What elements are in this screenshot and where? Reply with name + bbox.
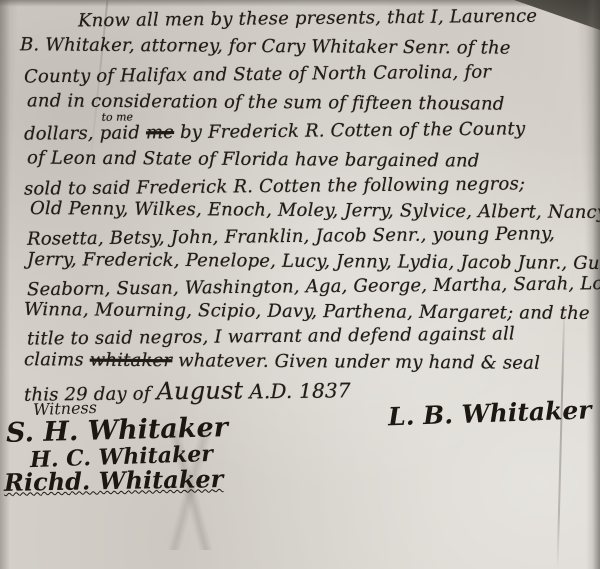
document-line: Know all men by these presents, that I, … [78,6,537,32]
line-text: by Frederick R. Cotten of the County [180,118,525,143]
document-line-with-insertion: dollars, to me paid me by Frederick R. C… [24,118,525,144]
document-line: of Leon and State of Florida have bargai… [27,147,480,171]
document-line: title to said negros, I warrant and defe… [27,323,515,349]
struck-through-word: me [146,122,174,143]
scanned-document: Know all men by these presents, that I, … [0,0,600,569]
document-line: Rosetta, Betsy, John, Franklin, Jacob Se… [27,223,555,250]
signatory-signature: L. B. Whitaker Seal [388,394,600,432]
year-text: A.D. 1837 [249,378,351,403]
document-line: Old Penny, Wilkes, Enoch, Moley, Jerry, … [30,198,600,223]
document-line: sold to said Frederick R. Cotten the fol… [24,173,525,199]
witness-signature: Richd. Whitaker [4,464,224,497]
caret-insertion-host: to me paid [100,122,141,143]
month-name: August [156,376,243,405]
document-line: and in consideration of the sum of fifte… [27,90,505,114]
line-text: paid [100,122,141,143]
inserted-text-above-line: to me [101,110,133,123]
struck-through-word: whitaker [90,350,173,372]
document-line: Winna, Mourning, Scipio, Davy, Parthena,… [24,299,590,324]
document-line: B. Whitaker, attorney, for Cary Whitaker… [20,34,511,58]
document-line: Jerry, Frederick, Penelope, Lucy, Jenny,… [27,249,600,274]
line-text: whatever. Given under my hand & seal [178,350,540,374]
fold-crease-vertical [556,300,565,569]
document-line-with-strikeout: claims whitaker whatever. Given under my… [24,349,540,374]
document-line: Seaborn, Susan, Washington, Aga, George,… [27,273,600,300]
line-text: claims [24,349,84,370]
document-line: County of Halifax and State of North Car… [24,62,491,88]
line-text: dollars, [24,123,94,145]
